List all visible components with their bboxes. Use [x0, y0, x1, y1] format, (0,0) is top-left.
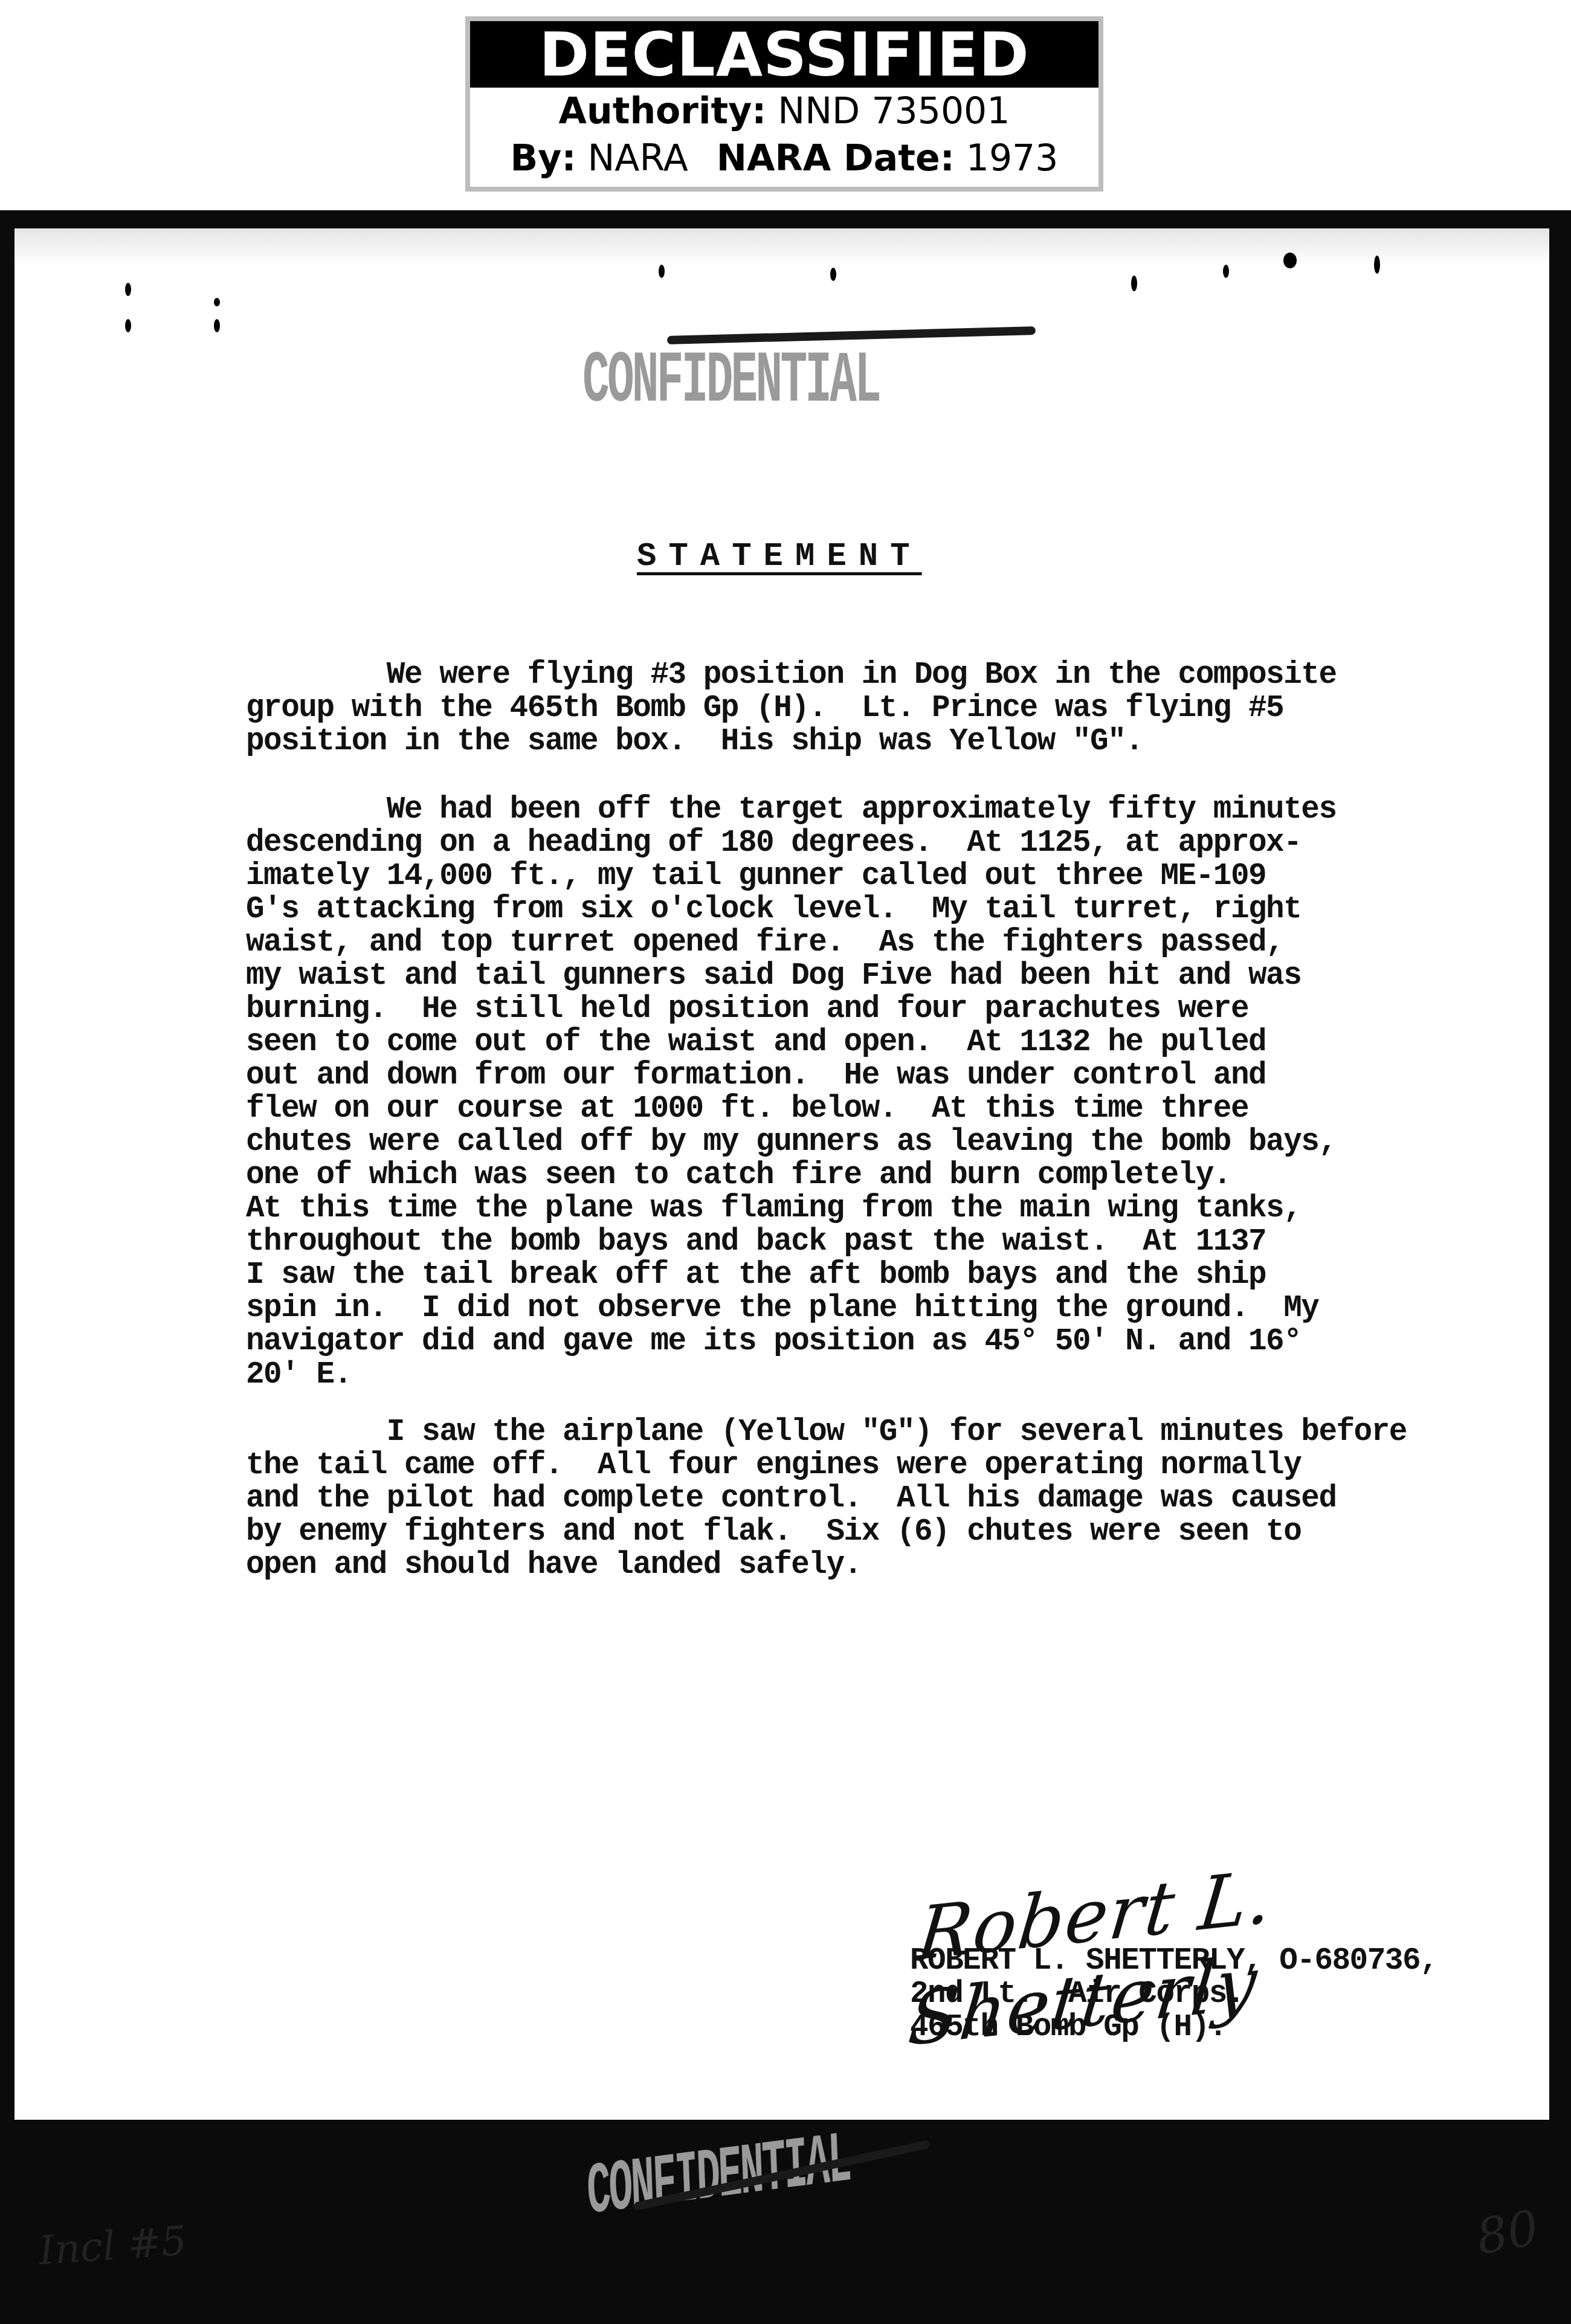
paragraph-3: I saw the airplane (Yellow "G") for seve… — [246, 1416, 1407, 1582]
enclosure-note: Incl #5 — [37, 2218, 189, 2274]
classification-stamp-bottom: CONFIDENTIAL — [585, 2120, 851, 2235]
document-page: CONFIDENTIAL STATEMENT We were flying #3… — [15, 228, 1549, 2120]
by-value: NARA — [587, 137, 688, 179]
date-label: NARA Date: — [717, 137, 955, 179]
scan-speck — [830, 268, 836, 281]
signature-block: ROBERT L. SHETTERLY, O-680736, 2nd Lt., … — [910, 1945, 1437, 2044]
document-title: STATEMENT — [637, 538, 922, 575]
page-number: 80 — [1473, 2200, 1543, 2265]
scan-speck — [125, 319, 131, 332]
scan-speck — [1283, 253, 1297, 268]
paragraph-2: We had been off the target approximately… — [246, 793, 1337, 1392]
authority-line: Authority: NND 735001 — [470, 88, 1098, 135]
by-date-line: By: NARA NARA Date: 1973 — [470, 135, 1098, 182]
declassified-heading: DECLASSIFIED — [470, 21, 1098, 88]
authority-value: NND 735001 — [778, 90, 1010, 132]
date-value: 1973 — [966, 137, 1059, 179]
by-label: By: — [511, 137, 576, 179]
scanned-page-frame: CONFIDENTIAL STATEMENT We were flying #3… — [0, 210, 1571, 2324]
classification-stamp-top: CONFIDENTIAL — [582, 341, 879, 423]
scan-speck — [1374, 256, 1380, 274]
scan-speck — [214, 319, 220, 332]
scan-speck — [1223, 265, 1229, 278]
scan-speck — [214, 298, 220, 306]
paragraph-1: We were flying #3 position in Dog Box in… — [246, 659, 1337, 758]
scan-speck — [1131, 276, 1137, 291]
declassified-stamp: DECLASSIFIED Authority: NND 735001 By: N… — [465, 16, 1103, 192]
scan-speck — [125, 283, 131, 296]
scan-speck — [659, 265, 665, 278]
authority-label: Authority: — [559, 90, 767, 132]
